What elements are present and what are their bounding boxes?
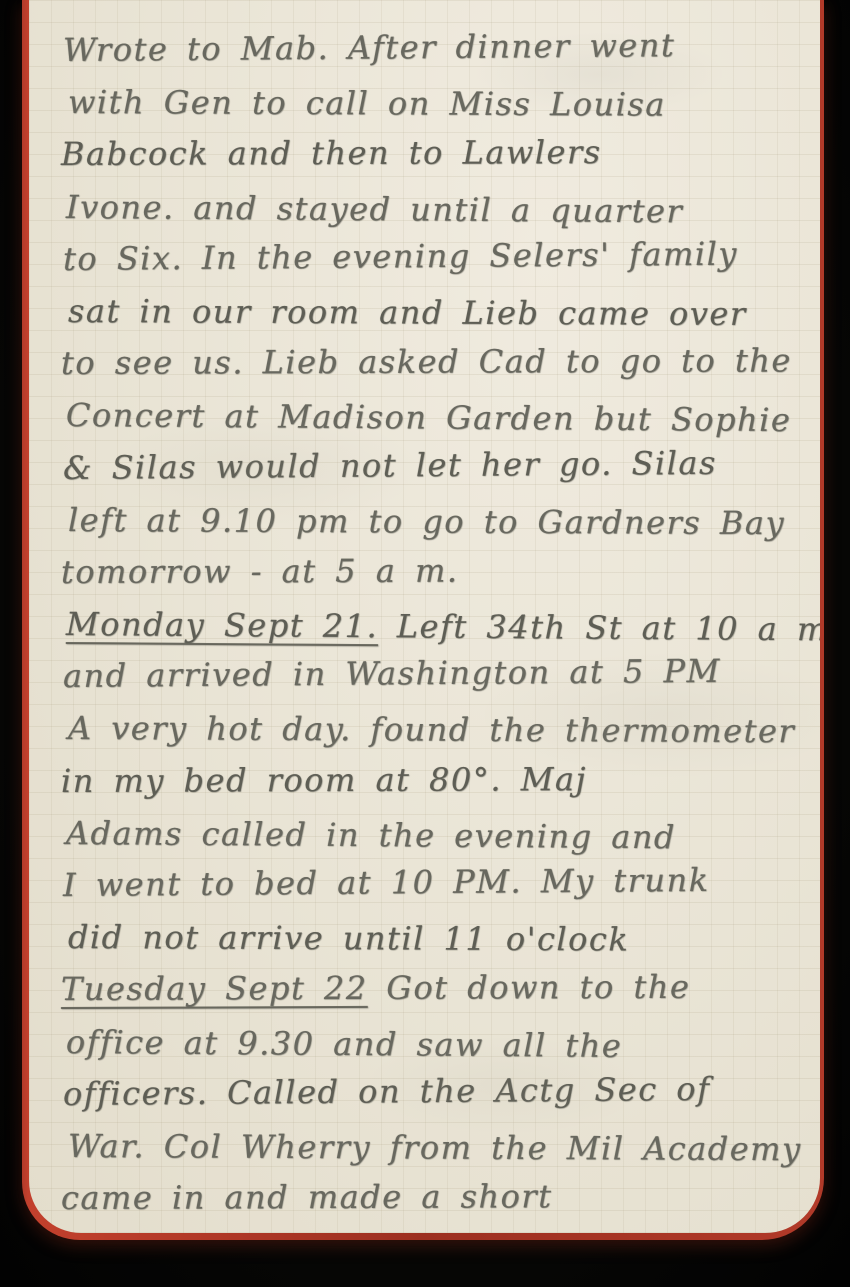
handwriting-line: came in and made a short [61, 1169, 814, 1224]
handwriting-line: sat in our room and Lieb came over [68, 285, 814, 340]
handwriting-line: War. Col Wherry from the Mil Academy [68, 1120, 814, 1175]
handwriting-lines: Wrote to Mab. After dinner wentwith Gen … [63, 24, 814, 1224]
handwriting-line: left at 9.10 pm to go to Gardners Bay [68, 494, 814, 549]
handwriting-line: in my bed room at 80°. Maj [61, 752, 814, 807]
handwriting-line: with Gen to call on Miss Louisa [68, 76, 814, 131]
handwriting-line: and arrived in Washington at 5 PM [63, 644, 814, 702]
handwriting-line: to see us. Lieb asked Cad to go to the [61, 334, 814, 389]
handwriting-line: did not arrive until 11 o'clock [68, 911, 814, 966]
handwriting-line: Tuesday Sept 22 Got down to the [61, 961, 814, 1016]
handwriting-line: & Silas would not let her go. Silas [63, 436, 814, 494]
handwriting-line: to Six. In the evening Selers' family [63, 227, 814, 285]
handwriting-line: A very hot day. found the thermometer [68, 702, 814, 757]
handwriting-line: Babcock and then to Lawlers [61, 126, 814, 181]
handwriting-line: tomorrow - at 5 a m. [61, 543, 814, 598]
date-heading-underlined: Tuesday Sept 22 [61, 969, 368, 1008]
photo-background: Wrote to Mab. After dinner wentwith Gen … [0, 0, 850, 1287]
date-heading-underlined: Monday Sept 21. [66, 605, 378, 645]
page-red-edge: Wrote to Mab. After dinner wentwith Gen … [22, 0, 824, 1240]
handwriting-line: officers. Called on the Actg Sec of [63, 1062, 814, 1120]
handwriting-line: I went to bed at 10 PM. My trunk [63, 853, 814, 911]
notebook-page: Wrote to Mab. After dinner wentwith Gen … [29, 0, 820, 1233]
handwriting-line: Wrote to Mab. After dinner went [63, 18, 814, 76]
